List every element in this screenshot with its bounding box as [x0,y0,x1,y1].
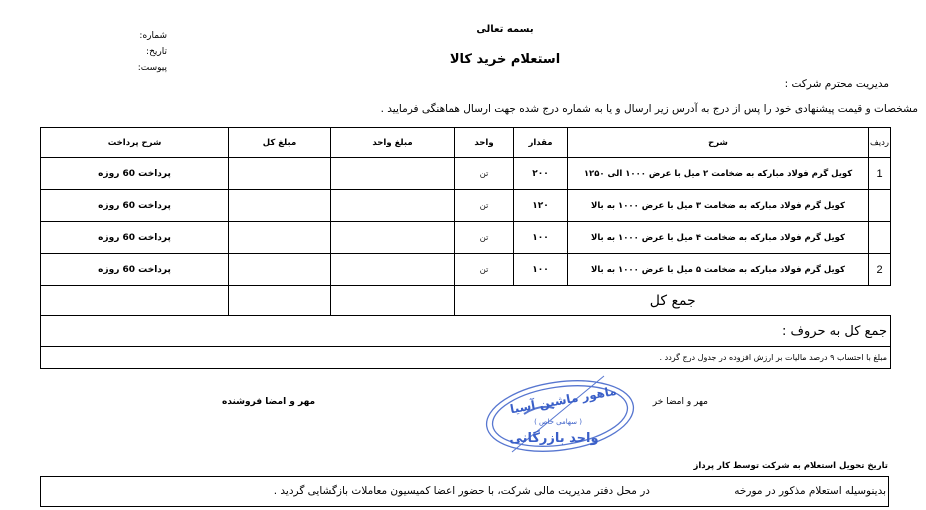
item-payment-terms: پرداخت 60 روزه [41,254,229,286]
total-payment-cell [41,286,229,316]
company-stamp-icon: ماهور ماشین آسیا ( سهامی خاص ) واحد بازر… [484,374,636,454]
items-table: ردیف شرح مقدار واحد مبلغ واحد مبلغ کل شر… [40,127,891,369]
col-row: ردیف [869,128,891,158]
item-quantity: ۱۰۰ [514,254,568,286]
stamp-line1: ماهور ماشین آسیا [509,383,618,417]
item-unit: تن [455,254,514,286]
item-unit: تن [455,190,514,222]
minutes-part1: بدینوسیله استعلام مذکور در مورخه [734,485,886,497]
item-description: کویل گرم فولاد مبارکه به ضخامت ۲ میل با … [568,158,869,190]
item-unit-price[interactable] [331,222,455,254]
item-description: کویل گرم فولاد مبارکه به ضخامت ۵ میل با … [568,254,869,286]
row-number [869,222,891,254]
col-unit-price: مبلغ واحد [331,128,455,158]
attachment-label: پیوست: [87,60,167,76]
total-in-words-row: جمع کل به حروف : [41,316,891,347]
col-quantity: مقدار [514,128,568,158]
date-label: تاریخ: [87,44,167,60]
item-unit: تن [455,158,514,190]
row-number: 2 [869,254,891,286]
row-number [869,190,891,222]
minutes-part2: در محل دفتر مدیریت مالی شرکت، با حضور اع… [274,485,650,497]
item-unit-price[interactable] [331,158,455,190]
delivery-date-label: تاریخ تحویل استعلام به شرکت توسط کار پرد… [693,461,888,471]
row-number: 1 [869,158,891,190]
item-quantity: ۱۰۰ [514,222,568,254]
total-unit-price-cell[interactable] [331,286,455,316]
item-unit-price[interactable] [331,254,455,286]
stamp-line3: واحد بازرگانی [509,430,598,446]
item-quantity: ۲۰۰ [514,158,568,190]
grand-total-cell[interactable] [229,286,331,316]
item-total-price[interactable] [229,190,331,222]
opening-minutes-box: بدینوسیله استعلام مذکور در مورخه در محل … [40,476,889,507]
document-meta: شماره: تاریخ: پیوست: [87,28,167,76]
col-total-price: مبلغ کل [229,128,331,158]
table-row: کویل گرم فولاد مبارکه به ضخامت ۴ میل با … [41,222,891,254]
item-payment-terms: پرداخت 60 روزه [41,158,229,190]
col-description: شرح [568,128,869,158]
number-label: شماره: [87,28,167,44]
intro-text: مشخصات و قیمت پیشنهادی خود را پس از درج … [381,103,918,115]
item-total-price[interactable] [229,222,331,254]
stamp-line2: ( سهامی خاص ) [534,418,582,426]
tax-note: مبلغ با احتساب ۹ درصد مالیات بر ارزش افز… [41,347,891,369]
tax-note-row: مبلغ با احتساب ۹ درصد مالیات بر ارزش افز… [41,347,891,369]
col-unit: واحد [455,128,514,158]
table-row: 2 کویل گرم فولاد مبارکه به ضخامت ۵ میل ب… [41,254,891,286]
table-header: ردیف شرح مقدار واحد مبلغ واحد مبلغ کل شر… [41,128,891,158]
basmala: بسمه تعالی [440,24,570,35]
page-title: استعلام خرید کالا [420,52,590,67]
total-row: جمع کل [41,286,891,316]
greeting: مدیریت محترم شرکت : [785,78,889,90]
item-total-price[interactable] [229,158,331,190]
col-payment-terms: شرح پرداخت [41,128,229,158]
item-description: کویل گرم فولاد مبارکه به ضخامت ۴ میل با … [568,222,869,254]
item-payment-terms: پرداخت 60 روزه [41,190,229,222]
item-quantity: ۱۲۰ [514,190,568,222]
buyer-signature-label: مهر و امضا خر [653,397,708,407]
item-unit-price[interactable] [331,190,455,222]
total-in-words-label: جمع کل به حروف : [41,316,891,347]
table-row: 1 کویل گرم فولاد مبارکه به ضخامت ۲ میل ب… [41,158,891,190]
item-unit: تن [455,222,514,254]
seller-signature-label: مهر و امضا فروشنده [222,397,315,407]
item-total-price[interactable] [229,254,331,286]
total-label: جمع کل [455,286,891,316]
item-payment-terms: پرداخت 60 روزه [41,222,229,254]
table-row: کویل گرم فولاد مبارکه به ضخامت ۳ میل با … [41,190,891,222]
item-description: کویل گرم فولاد مبارکه به ضخامت ۳ میل با … [568,190,869,222]
